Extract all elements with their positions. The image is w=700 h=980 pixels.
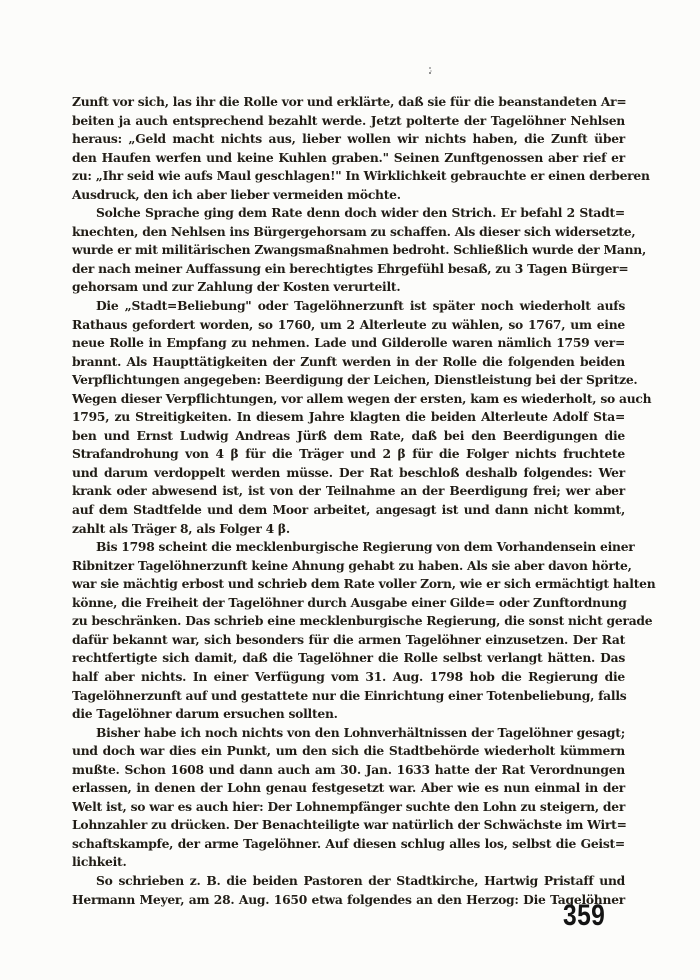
- text-line: mußte. Schon 1608 und dann auch am 30. J…: [72, 761, 625, 780]
- text-line: Strafandrohung von 4 β für die Träger un…: [72, 445, 625, 464]
- text-line: und doch war dies ein Punkt, um den sich…: [72, 742, 625, 761]
- text-line: heraus: „Geld macht nichts aus, lieber w…: [72, 130, 625, 149]
- text-line: neue Rolle in Empfang zu nehmen. Lade un…: [72, 334, 625, 353]
- text-line: der nach meiner Auffassung ein berechtig…: [72, 260, 625, 279]
- book-page: Zunft vor sich, las ihr die Rolle vor un…: [0, 0, 700, 980]
- text-line: Welt ist, so war es auch hier: Der Lohne…: [72, 798, 625, 817]
- text-line: So schrieben z. B. die beiden Pastoren d…: [72, 872, 625, 891]
- text-line: zahlt als Träger 8, als Folger 4 β.: [72, 520, 625, 539]
- text-line: brannt. Als Haupttätigkeiten der Zunft w…: [72, 353, 625, 372]
- text-line: Lohnzahler zu drücken. Der Benachteiligt…: [72, 816, 625, 835]
- text-line: war sie mächtig erbost und schrieb dem R…: [72, 575, 625, 594]
- text-line: den Haufen werfen und keine Kuhlen grabe…: [72, 149, 625, 168]
- text-line: Bis 1798 scheint die mecklenburgische Re…: [72, 538, 625, 557]
- text-line: Wegen dieser Verpflichtungen, vor allem …: [72, 390, 625, 409]
- text-line: die Tagelöhner darum ersuchen sollten.: [72, 705, 625, 724]
- page-number: 359: [563, 899, 605, 933]
- scan-speck-artifact: [429, 67, 431, 69]
- text-line: ben und Ernst Ludwig Andreas Jürß dem Ra…: [72, 427, 625, 446]
- text-line: auf dem Stadtfelde und dem Moor arbeitet…: [72, 501, 625, 520]
- text-line: krank oder abwesend ist, ist von der Tei…: [72, 482, 625, 501]
- text-line: rechtfertigte sich damit, daß die Tagelö…: [72, 649, 625, 668]
- text-line: und darum verdoppelt werden müsse. Der R…: [72, 464, 625, 483]
- text-line: beiten ja auch entsprechend bezahlt werd…: [72, 112, 625, 131]
- text-line: Ribnitzer Tagelöhnerzunft keine Ahnung g…: [72, 557, 625, 576]
- text-line: dafür bekannt war, sich besonders für di…: [72, 631, 625, 650]
- text-line: Bisher habe ich noch nichts von den Lohn…: [72, 724, 625, 743]
- text-line: Verpflichtungen angegeben: Beerdigung de…: [72, 371, 625, 390]
- text-line: Rathaus gefordert worden, so 1760, um 2 …: [72, 316, 625, 335]
- text-line: half aber nichts. In einer Verfügung vom…: [72, 668, 625, 687]
- text-line: könne, die Freiheit der Tagelöhner durch…: [72, 594, 625, 613]
- text-line: schaftskampfe, der arme Tagelöhner. Auf …: [72, 835, 625, 854]
- text-line: Die „Stadt=Beliebung" oder Tagelöhnerzun…: [72, 297, 625, 316]
- text-line: Hermann Meyer, am 28. Aug. 1650 etwa fol…: [72, 891, 625, 910]
- text-line: zu beschränken. Das schrieb eine mecklen…: [72, 612, 625, 631]
- text-line: Zunft vor sich, las ihr die Rolle vor un…: [72, 93, 625, 112]
- text-line: Ausdruck, den ich aber lieber vermeiden …: [72, 186, 625, 205]
- text-line: Solche Sprache ging dem Rate denn doch w…: [72, 204, 625, 223]
- text-line: erlassen, in denen der Lohn genau festge…: [72, 779, 625, 798]
- text-line: wurde er mit militärischen Zwangsmaßnahm…: [72, 241, 625, 260]
- text-line: gehorsam und zur Zahlung der Kosten veru…: [72, 278, 625, 297]
- text-line: knechten, den Nehlsen ins Bürgergehorsam…: [72, 223, 625, 242]
- text-block: Zunft vor sich, las ihr die Rolle vor un…: [72, 93, 625, 909]
- text-line: 1795, zu Streitigkeiten. In diesem Jahre…: [72, 408, 625, 427]
- text-line: lichkeit.: [72, 853, 625, 872]
- text-line: zu: „Ihr seid wie aufs Maul geschlagen!"…: [72, 167, 625, 186]
- text-line: Tagelöhnerzunft auf und gestattete nur d…: [72, 687, 625, 706]
